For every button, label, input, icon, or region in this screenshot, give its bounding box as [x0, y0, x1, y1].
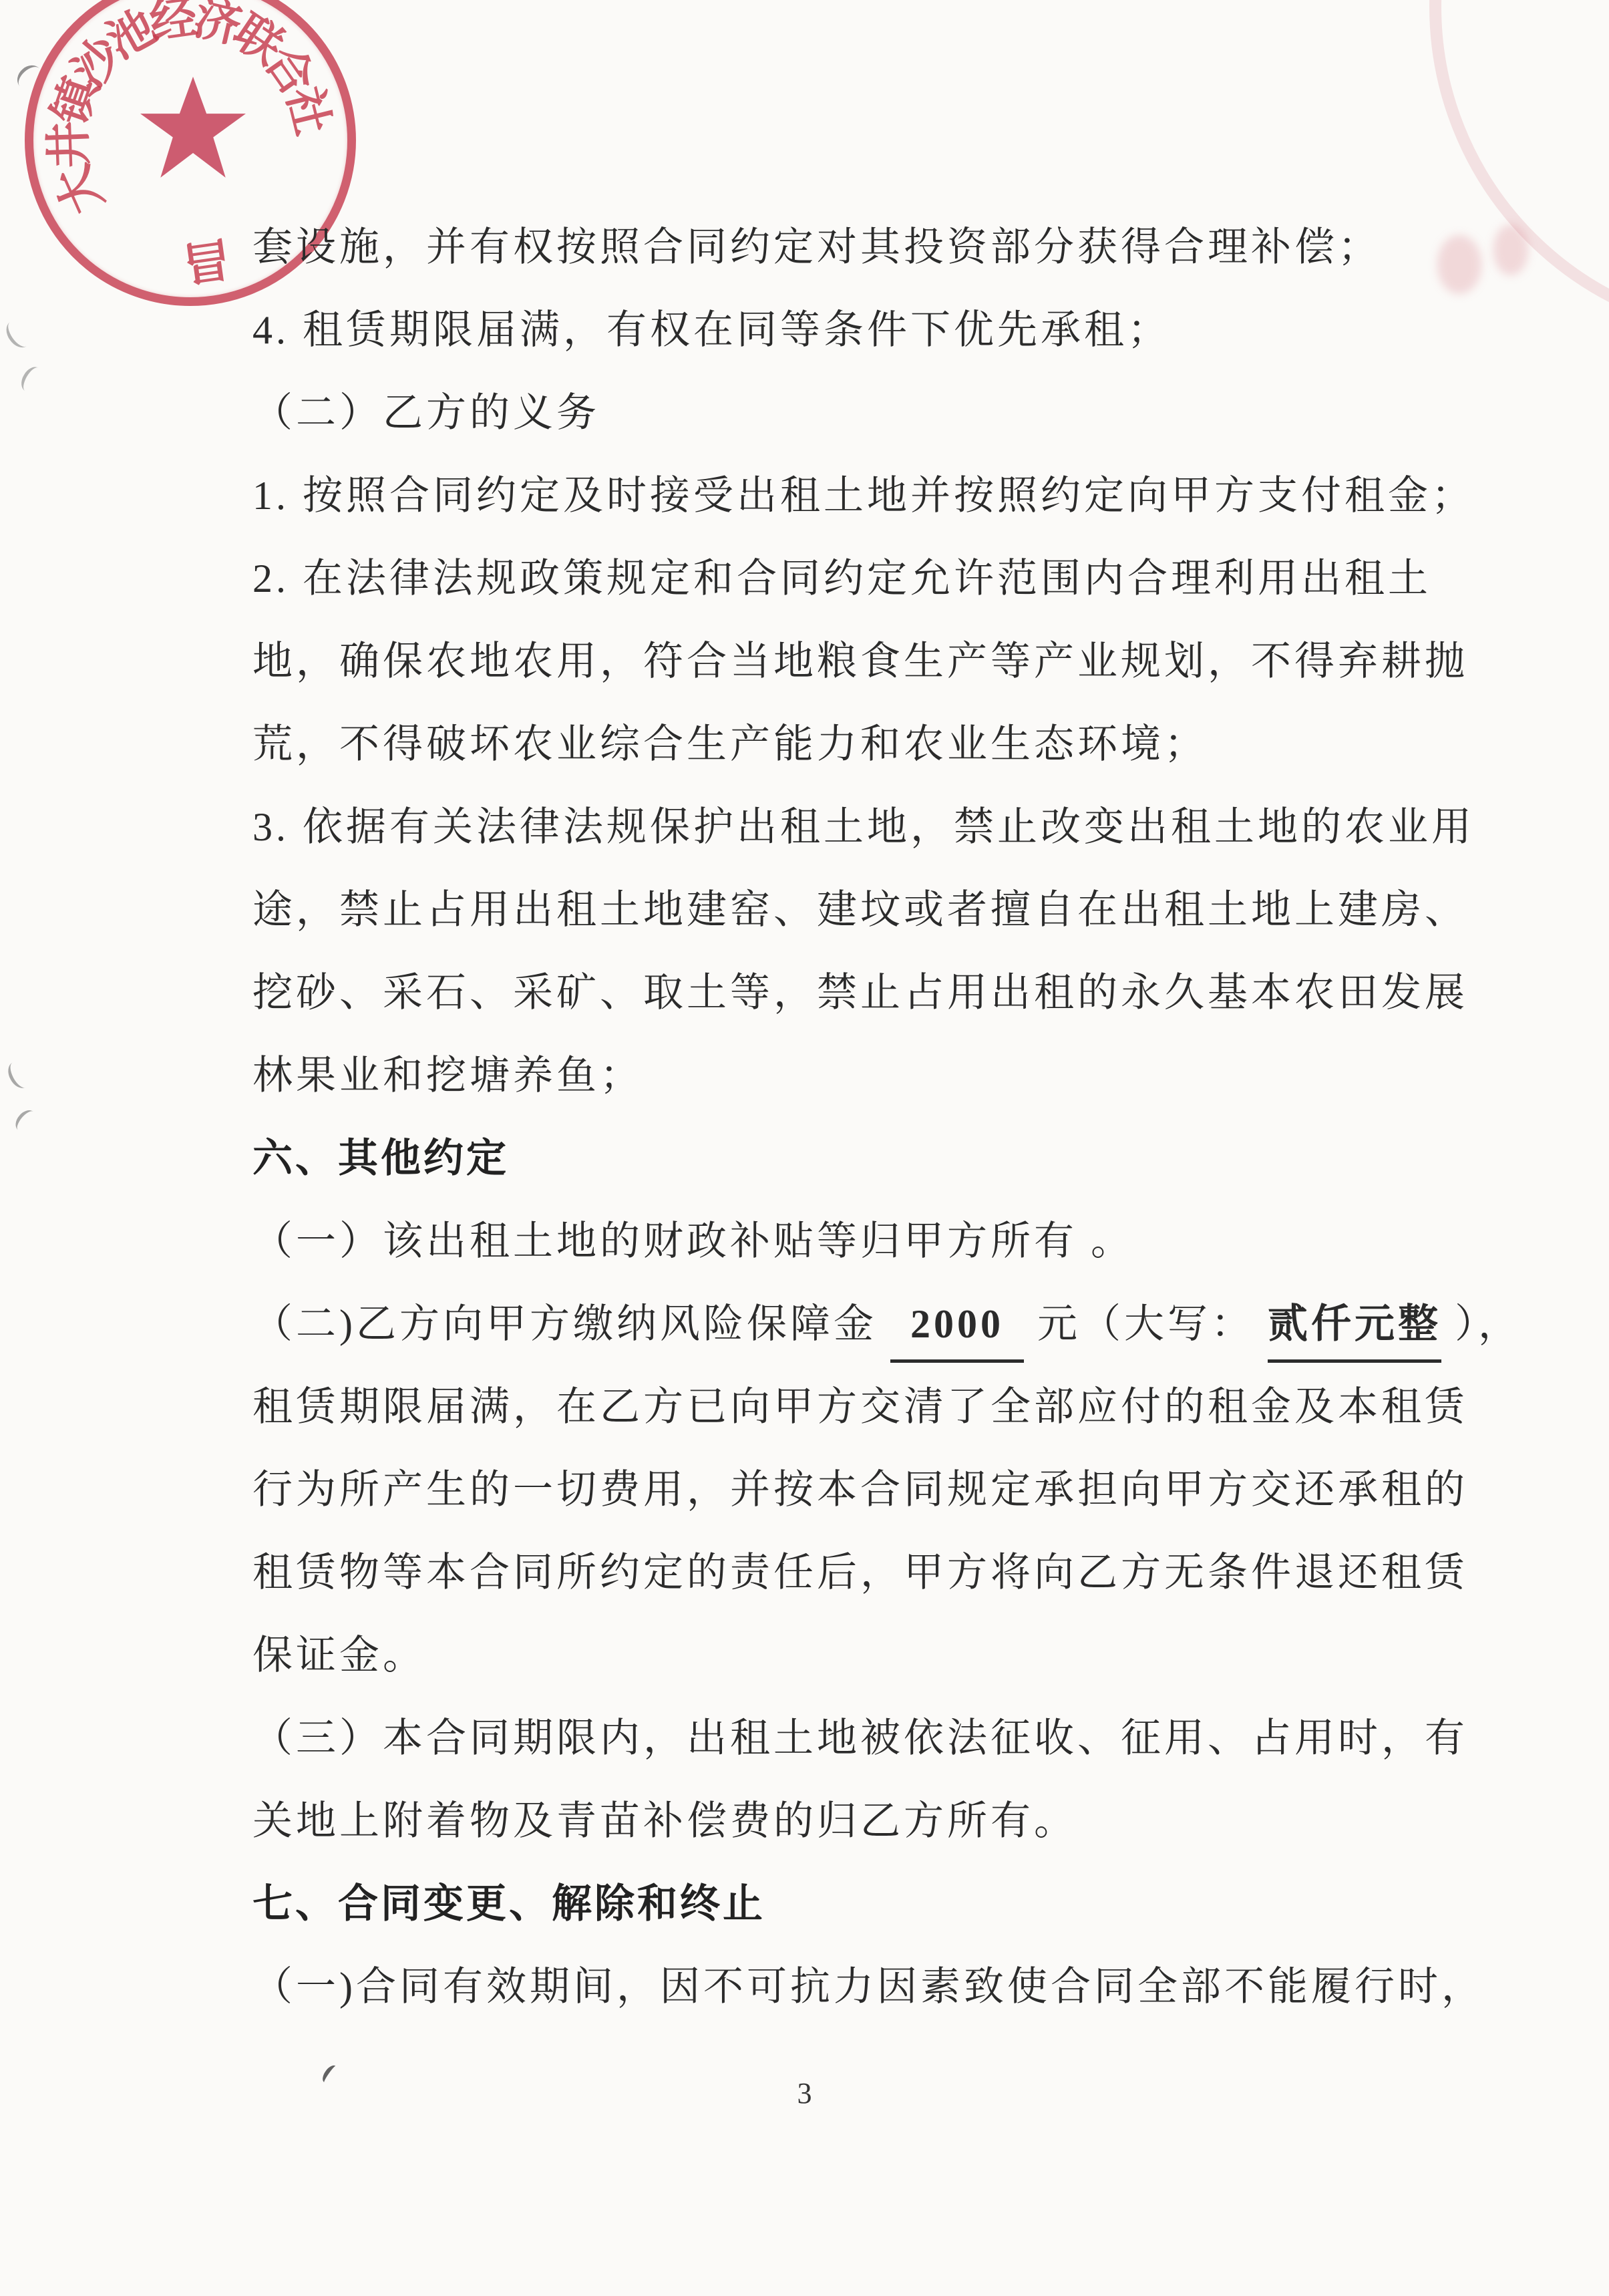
- deposit-line: （二)乙方向甲方缴纳风险保障金 2000 元（大写： 贰仟元整 ），: [252, 1283, 1401, 1365]
- pencil-mark: [11, 1106, 39, 1136]
- section-heading-modification-termination: 七、合同变更、解除和终止: [252, 1862, 1401, 1945]
- section-heading-other-terms: 六、其他约定: [252, 1117, 1401, 1200]
- seal-ring-text: 经: [141, 0, 204, 47]
- body-line: 套设施，并有权按照合同约定对其投资部分获得合理补偿；: [252, 206, 1401, 289]
- deposit-suffix: ），: [1455, 1302, 1522, 1346]
- seal-star-icon: [137, 72, 249, 184]
- body-line: 林果业和挖塘养鱼；: [252, 1034, 1401, 1117]
- body-line: 关地上附着物及青苗补偿费的归乙方所有。: [252, 1780, 1401, 1862]
- body-line: （二）乙方的义务: [252, 371, 1401, 454]
- seal-ring-text: 沙: [55, 20, 134, 99]
- body-line: 1. 按照合同约定及时接受出租土地并按照约定向甲方支付租金；: [252, 454, 1401, 537]
- seal-ring-text: 井: [36, 116, 94, 174]
- body-line: 行为所产生的一切费用，并按本合同规定承担向甲方交还承租的: [252, 1448, 1401, 1531]
- body-line: 荒，不得破坏农业综合生产能力和农业生态环境；: [252, 703, 1401, 786]
- contract-body: 套设施，并有权按照合同约定对其投资部分获得合理补偿； 4. 租赁期限届满，有权在…: [252, 206, 1401, 2028]
- pencil-mark: [1, 316, 35, 352]
- body-line: 地，确保农地农用，符合当地粮食生产等产业规划，不得弃耕抛: [252, 620, 1401, 703]
- pencil-mark: [17, 363, 46, 395]
- body-line: 保证金。: [252, 1614, 1401, 1697]
- seal-ring-text: 大: [39, 154, 113, 228]
- seal-ring-text: 池: [92, 0, 168, 69]
- deposit-amount-capital: 贰仟元整: [1268, 1289, 1441, 1363]
- ghost-seal-smudge: [1493, 224, 1528, 275]
- seal-ring-text: 昌: [176, 233, 240, 297]
- body-line: 挖砂、采石、采矿、取土等，禁止占用出租的永久基本农田发展: [252, 951, 1401, 1034]
- deposit-middle: 元（大写：: [1037, 1302, 1254, 1346]
- pencil-mark: [13, 60, 47, 94]
- seal-ring-text: 合: [254, 29, 333, 108]
- deposit-prefix: （二)乙方向甲方缴纳风险保障金: [252, 1302, 877, 1346]
- body-line: 2. 在法律法规政策规定和合同约定允许范围内合理利用出租土: [252, 537, 1401, 620]
- deposit-amount: 2000: [890, 1289, 1024, 1363]
- body-line: （一）该出租土地的财政补贴等归甲方所有 。: [252, 1200, 1401, 1283]
- ghost-seal-smudge: [1437, 235, 1481, 294]
- body-line: 途，禁止占用出租土地建窑、建坟或者擅自在出租土地上建房、: [252, 868, 1401, 951]
- seal-ring-text: 济: [185, 0, 252, 51]
- body-line: 3. 依据有关法律法规保护出租土地，禁止改变出租土地的农业用: [252, 786, 1401, 868]
- pencil-mark: [4, 1058, 34, 1092]
- body-line: 租赁物等本合同所约定的责任后，甲方将向乙方无条件退还租赁: [252, 1531, 1401, 1614]
- body-line: 租赁期限届满，在乙方已向甲方交清了全部应付的租金及本租赁: [252, 1365, 1401, 1448]
- body-line: 4. 租赁期限届满，有权在同等条件下优先承租；: [252, 289, 1401, 371]
- contract-scan-page: 大 井 镇 沙 池 经 济 联 合 社 昌 套设施，并有权按照合同约定对其投资部…: [0, 0, 1609, 2296]
- page-number: 3: [0, 2076, 1609, 2110]
- body-line: （三）本合同期限内，出租土地被依法征收、征用、占用时，有: [252, 1697, 1401, 1780]
- seal-ring-text: 联: [222, 0, 300, 75]
- seal-ring-text: 镇: [36, 63, 108, 135]
- body-line: （一)合同有效期间，因不可抗力因素致使合同全部不能履行时，: [252, 1945, 1401, 2028]
- seal-ring-text: 社: [279, 76, 347, 144]
